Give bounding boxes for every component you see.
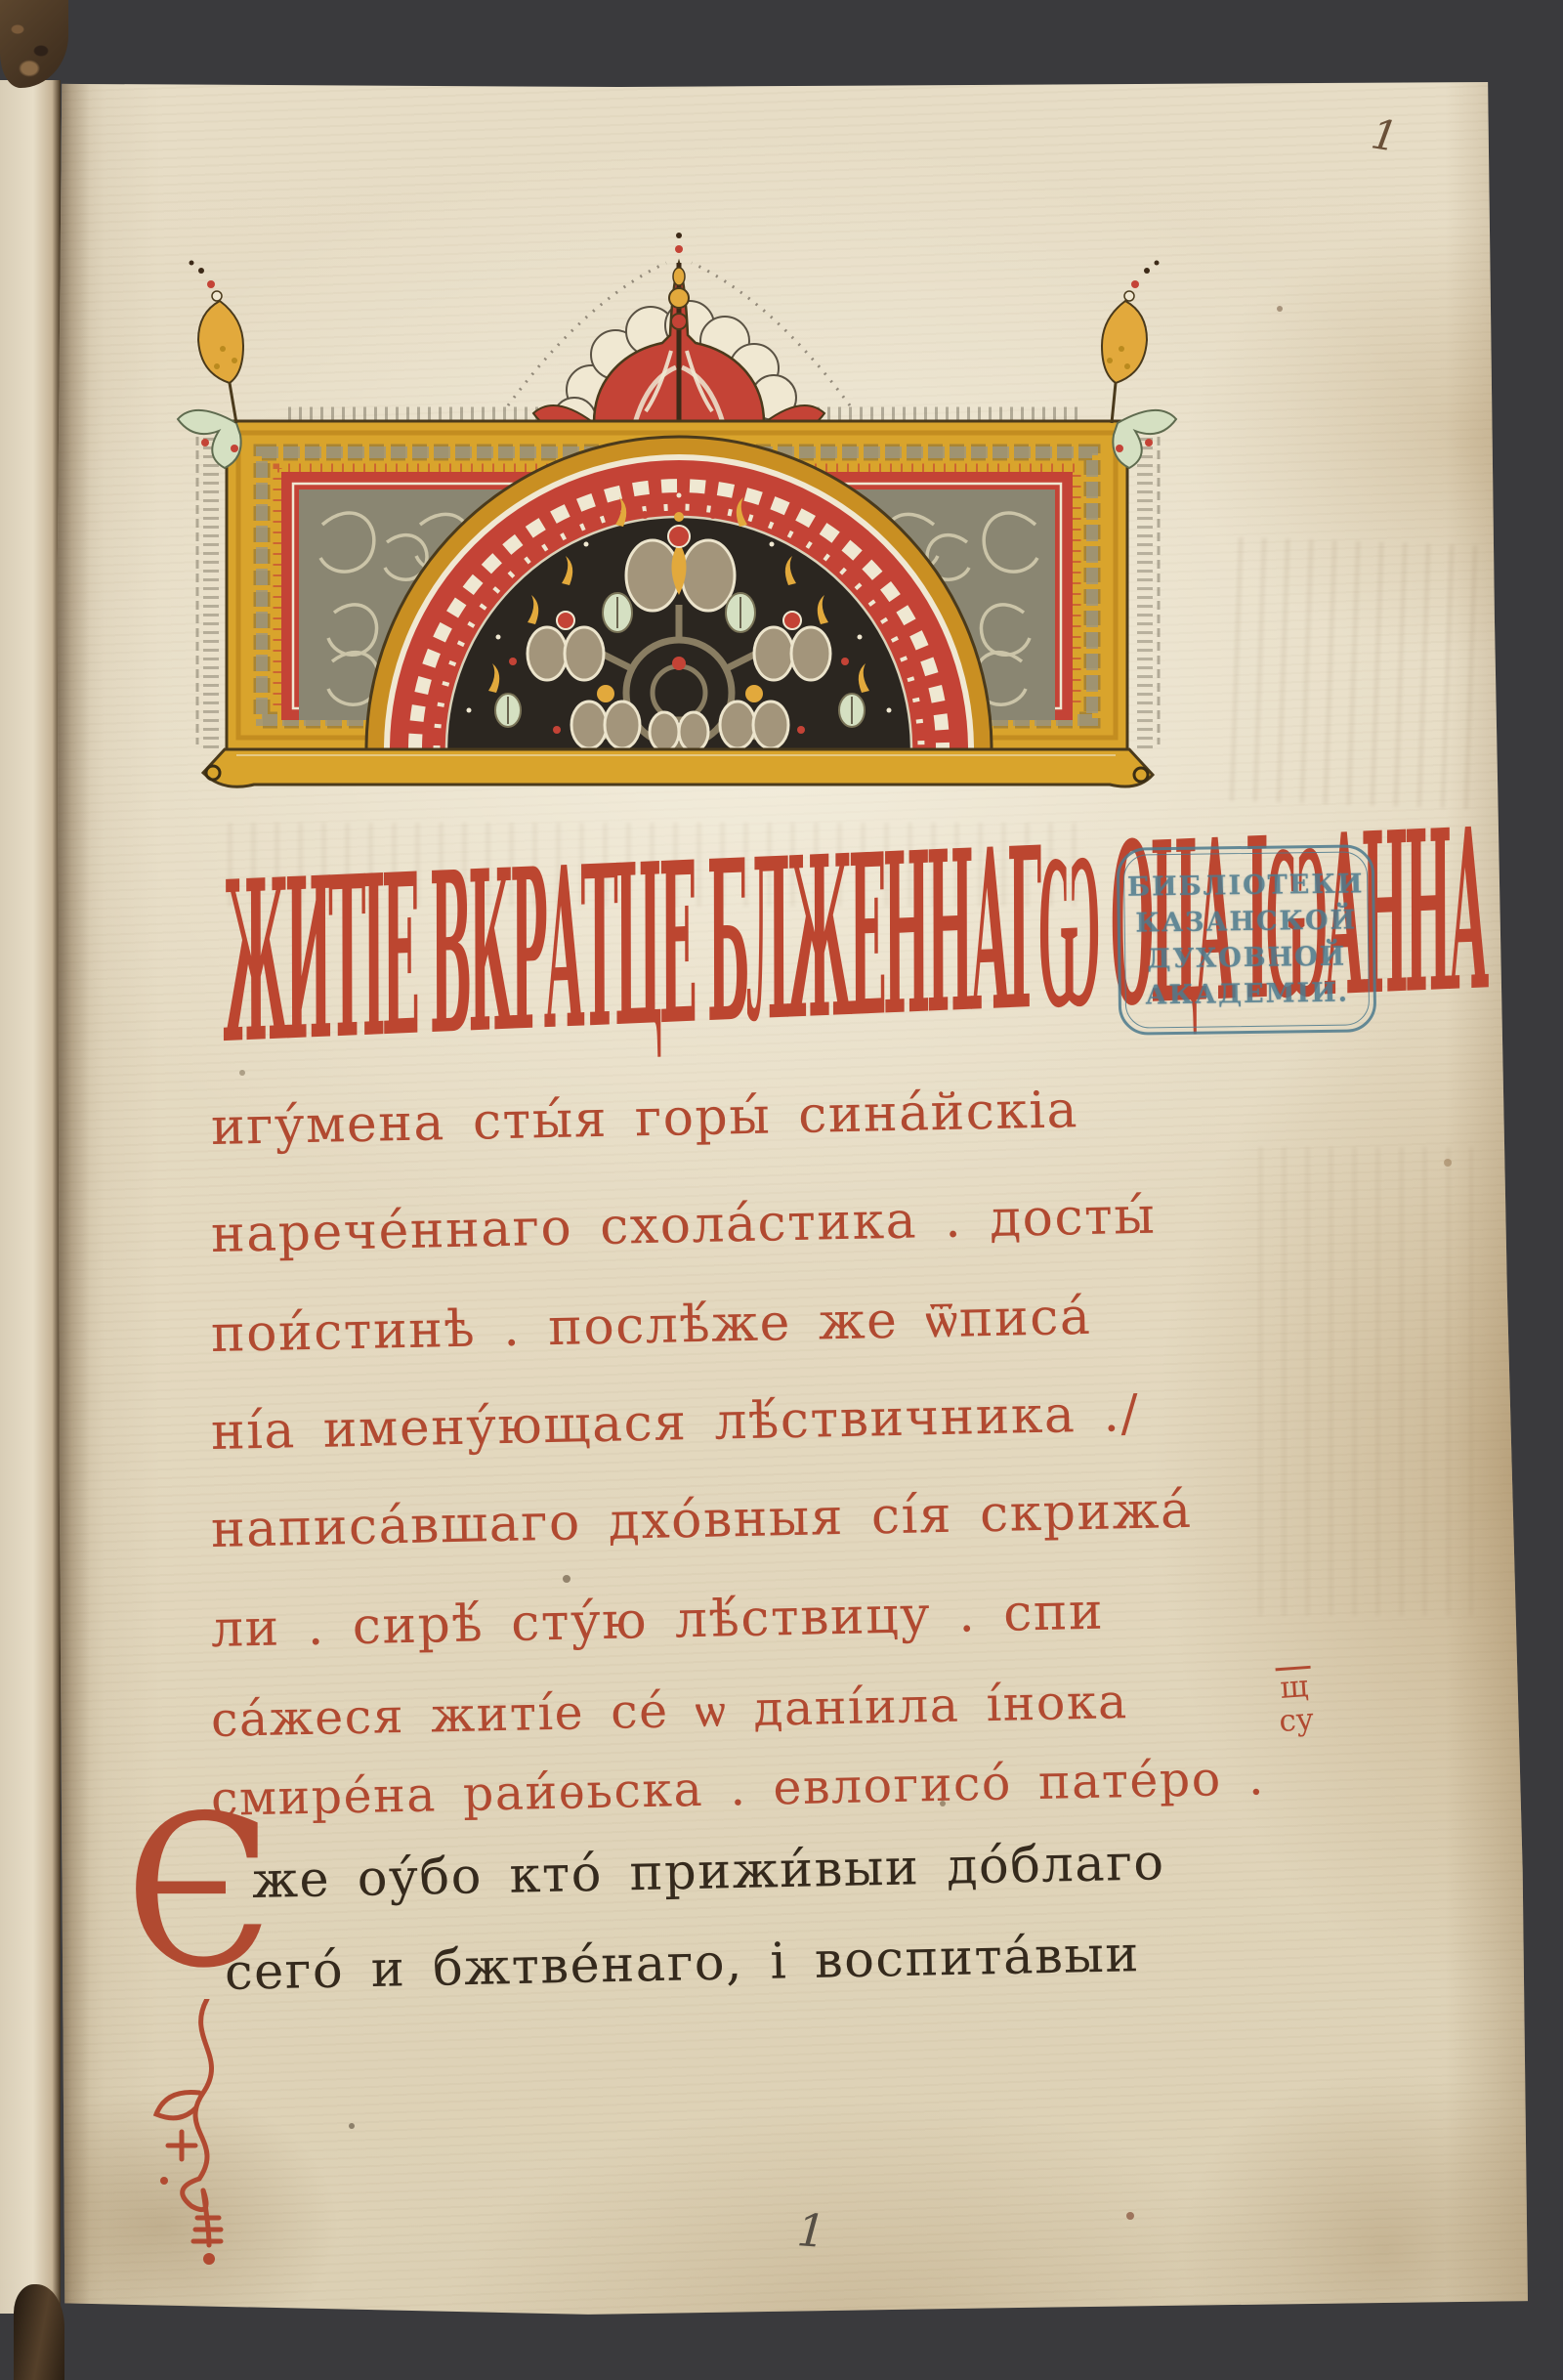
text-line-red: ли . сирѣ́ сту́ю лѣ́ствицу . спи (210, 1583, 1104, 1659)
text-line-red: нарече́ннаго схола́стика . досты́ (210, 1187, 1156, 1264)
initial-flourish (139, 1999, 275, 2273)
ink-showthrough (1258, 1147, 1473, 1616)
margin-note-line: щ (1276, 1666, 1313, 1705)
folio-number: 1 (1368, 109, 1401, 161)
margin-note: щ су (1276, 1666, 1316, 1738)
stamp-line: АКАДЕМІИ. (1145, 976, 1349, 1012)
finial-right (1102, 261, 1176, 469)
text-line-red: игу́мена сты́я горы́ сина́йскіа (210, 1081, 1078, 1157)
text-line-red: написа́вшаго дхо́вныя сі́я скрижа́ (210, 1481, 1193, 1559)
parchment-page: 1 (57, 82, 1534, 2316)
manuscript-photo: 1 (0, 0, 1563, 2380)
binding-headband (0, 0, 68, 88)
title-vyaz: ЖИТІЕ ВКРАТЦЕ БЛЖЕННАГѠ ОЦА ІѠАННА (223, 832, 1114, 1079)
stamp-line: ДУХОВНОЙ (1147, 940, 1346, 976)
finial-left (178, 261, 243, 469)
headpiece-illumination (176, 199, 1182, 791)
text-line-black: сего́ и бжтве́наго, і воспита́выи (224, 1926, 1140, 2003)
ink-showthrough (1229, 537, 1482, 810)
library-stamp-border: БИБЛІОТЕКИ КАЗАНСКОЙ ДУХОВНОЙ АКАДЕМІИ. (1123, 851, 1370, 1028)
facing-page-edge (0, 80, 61, 2314)
pencil-folio-number: 1 (795, 2203, 827, 2258)
text-line-red: пои́стинѣ . послѣ́же же ѿписа́ (210, 1288, 1091, 1364)
binding-tailband (14, 2284, 64, 2380)
text-line-red: смире́на раи́ѳьска . евлогисо́ пате́ро . (210, 1749, 1265, 1829)
stamp-line: КАЗАНСКОЙ (1135, 904, 1357, 940)
stamp-line: БИБЛІОТЕКИ (1127, 868, 1365, 904)
text-line-black: же оу́бо кто́ прижи́выи до́благо (251, 1834, 1165, 1911)
gutter-shadow (57, 82, 90, 2316)
text-line-red: са́жеся житі́е се́ ѡ дані́ила і́нока (210, 1673, 1128, 1750)
ornamental-initial: Є (125, 1798, 274, 1987)
text-line-red: ні́а имену́ющася лѣ́ствичника ./ (210, 1384, 1140, 1462)
margin-note-line: су (1278, 1703, 1315, 1738)
library-stamp: БИБЛІОТЕКИ КАЗАНСКОЙ ДУХОВНОЙ АКАДЕМІИ. (1117, 844, 1377, 1036)
